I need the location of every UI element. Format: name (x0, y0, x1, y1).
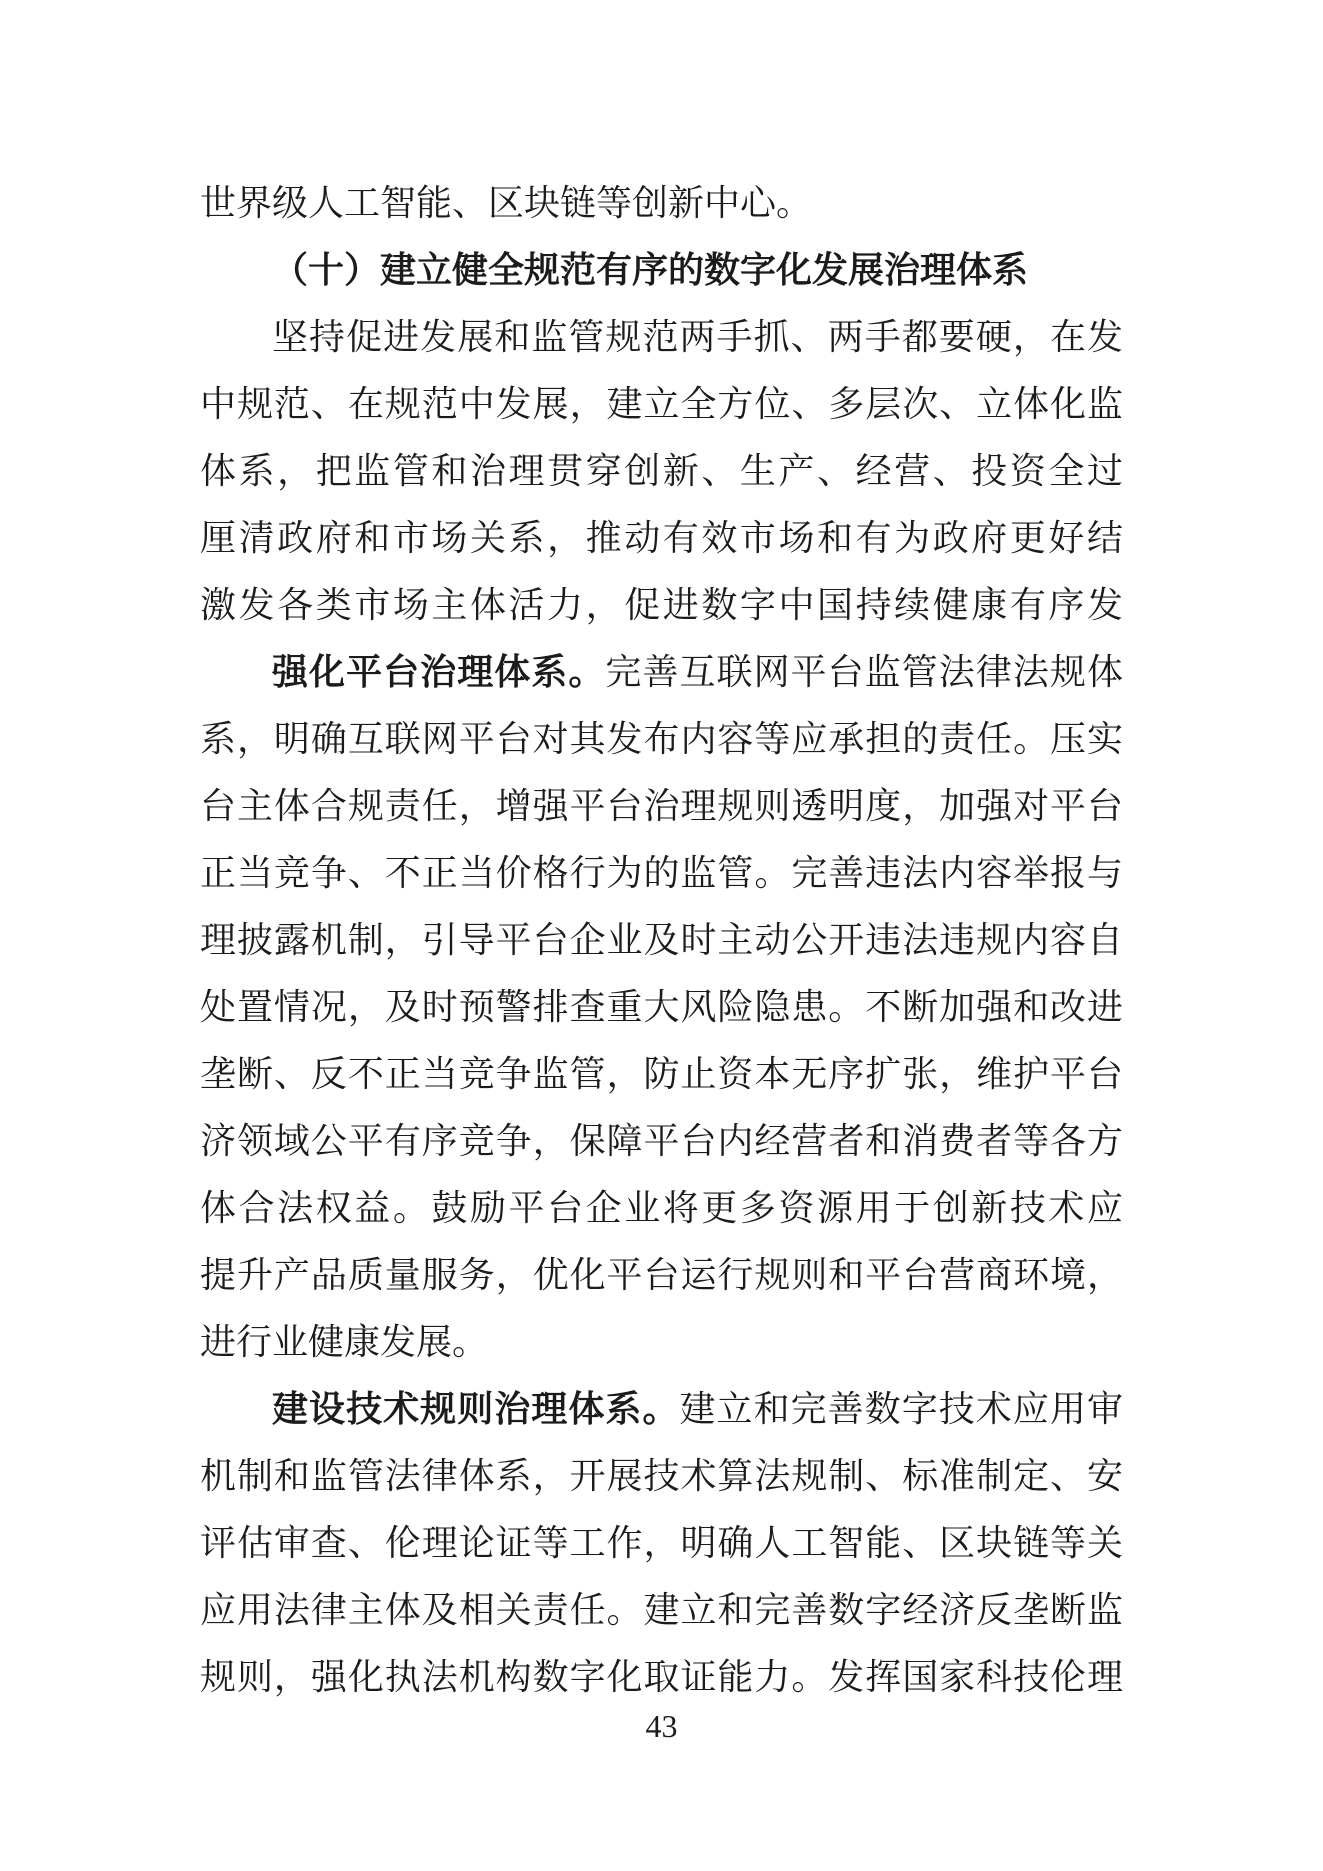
text-line: 评估审查、伦理论证等工作，明确人工智能、区块链等关键 (200, 1510, 1123, 1577)
text-line: 世界级人工智能、区块链等创新中心。 (200, 170, 1123, 237)
line-text: 评估审查、伦理论证等工作，明确人工智能、区块链等关键 (200, 1523, 1123, 1577)
text-line: 体合法权益。鼓励平台企业将更多资源用于创新技术应用， (200, 1175, 1123, 1242)
line-text: 体合法权益。鼓励平台企业将更多资源用于创新技术应用， (200, 1188, 1123, 1242)
line-text: 处置情况，及时预警排查重大风险隐患。不断加强和改进反 (200, 987, 1123, 1041)
text-line: 建设技术规则治理体系。建立和完善数字技术应用审查 (200, 1376, 1123, 1443)
line-text: 垄断、反不正当竞争监管，防止资本无序扩张，维护平台经 (200, 1054, 1123, 1108)
text-line: 台主体合规责任，增强平台治理规则透明度，加强对平台不 (200, 773, 1123, 840)
document-page: 世界级人工智能、区块链等创新中心。 （十）建立健全规范有序的数字化发展治理体系 … (0, 0, 1323, 1871)
text-line: 中规范、在规范中发展，建立全方位、多层次、立体化监管 (200, 371, 1123, 438)
text-line: 系，明确互联网平台对其发布内容等应承担的责任。压实平 (200, 706, 1123, 773)
text-line: 垄断、反不正当竞争监管，防止资本无序扩张，维护平台经 (200, 1041, 1123, 1108)
text-line: 坚持促进发展和监管规范两手抓、两手都要硬，在发展 (200, 304, 1123, 371)
text-line: 激发各类市场主体活力，促进数字中国持续健康有序发展。 (200, 572, 1123, 639)
text-line: 正当竞争、不正当价格行为的监管。完善违法内容举报与处 (200, 840, 1123, 907)
line-text: 进行业健康发展。 (200, 1322, 488, 1362)
line-text: 应用法律主体及相关责任。建立和完善数字经济反垄断监管 (200, 1590, 1123, 1644)
bold-lead: 建设技术规则治理体系。 (272, 1389, 680, 1429)
text-line: 强化平台治理体系。完善互联网平台监管法律法规体 (200, 639, 1123, 706)
text-line: 进行业健康发展。 (200, 1309, 1123, 1376)
text-line: 处置情况，及时预警排查重大风险隐患。不断加强和改进反 (200, 974, 1123, 1041)
text-line: 应用法律主体及相关责任。建立和完善数字经济反垄断监管 (200, 1577, 1123, 1644)
line-text: 激发各类市场主体活力，促进数字中国持续健康有序发展。 (200, 585, 1123, 639)
text-line: 提升产品质量服务，优化平台运行规则和平台营商环境，促 (200, 1242, 1123, 1309)
line-text: 正当竞争、不正当价格行为的监管。完善违法内容举报与处 (200, 853, 1123, 907)
text-block: 世界级人工智能、区块链等创新中心。 （十）建立健全规范有序的数字化发展治理体系 … (200, 170, 1123, 1711)
text-line: 体系，把监管和治理贯穿创新、生产、经营、投资全过程。 (200, 438, 1123, 505)
line-text: 济领域公平有序竞争，保障平台内经营者和消费者等各方主 (200, 1121, 1123, 1175)
line-text: 完善互联网平台监管法律法规体 (605, 652, 1123, 692)
text-line: 机制和监管法律体系，开展技术算法规制、标准制定、安全 (200, 1443, 1123, 1510)
line-text: 理披露机制，引导平台企业及时主动公开违法违规内容自查 (200, 920, 1123, 974)
line-text: 世界级人工智能、区块链等创新中心。 (200, 183, 812, 223)
line-text: 系，明确互联网平台对其发布内容等应承担的责任。压实平 (200, 719, 1123, 773)
line-text: 提升产品质量服务，优化平台运行规则和平台营商环境，促 (200, 1255, 1123, 1309)
line-text: 中规范、在规范中发展，建立全方位、多层次、立体化监管 (200, 384, 1123, 438)
text-line: 规则，强化执法机构数字化取证能力。发挥国家科技伦理委 (200, 1644, 1123, 1711)
text-line: 济领域公平有序竞争，保障平台内经营者和消费者等各方主 (200, 1108, 1123, 1175)
line-text: 台主体合规责任，增强平台治理规则透明度，加强对平台不 (200, 786, 1123, 840)
section-heading: （十）建立健全规范有序的数字化发展治理体系 (272, 250, 1028, 290)
text-line: 厘清政府和市场关系，推动有效市场和有为政府更好结合， (200, 505, 1123, 572)
line-text: 规则，强化执法机构数字化取证能力。发挥国家科技伦理委 (200, 1657, 1123, 1711)
line-text: 坚持促进发展和监管规范两手抓、两手都要硬，在发展 (200, 317, 1123, 371)
section-heading-line: （十）建立健全规范有序的数字化发展治理体系 (200, 237, 1123, 304)
line-text: 机制和监管法律体系，开展技术算法规制、标准制定、安全 (200, 1456, 1123, 1510)
line-text: 厘清政府和市场关系，推动有效市场和有为政府更好结合， (200, 518, 1123, 572)
bold-lead: 强化平台治理体系。 (272, 652, 605, 692)
text-line: 理披露机制，引导平台企业及时主动公开违法违规内容自查 (200, 907, 1123, 974)
line-text: 体系，把监管和治理贯穿创新、生产、经营、投资全过程。 (200, 451, 1123, 505)
page-number: 43 (0, 1705, 1323, 1747)
